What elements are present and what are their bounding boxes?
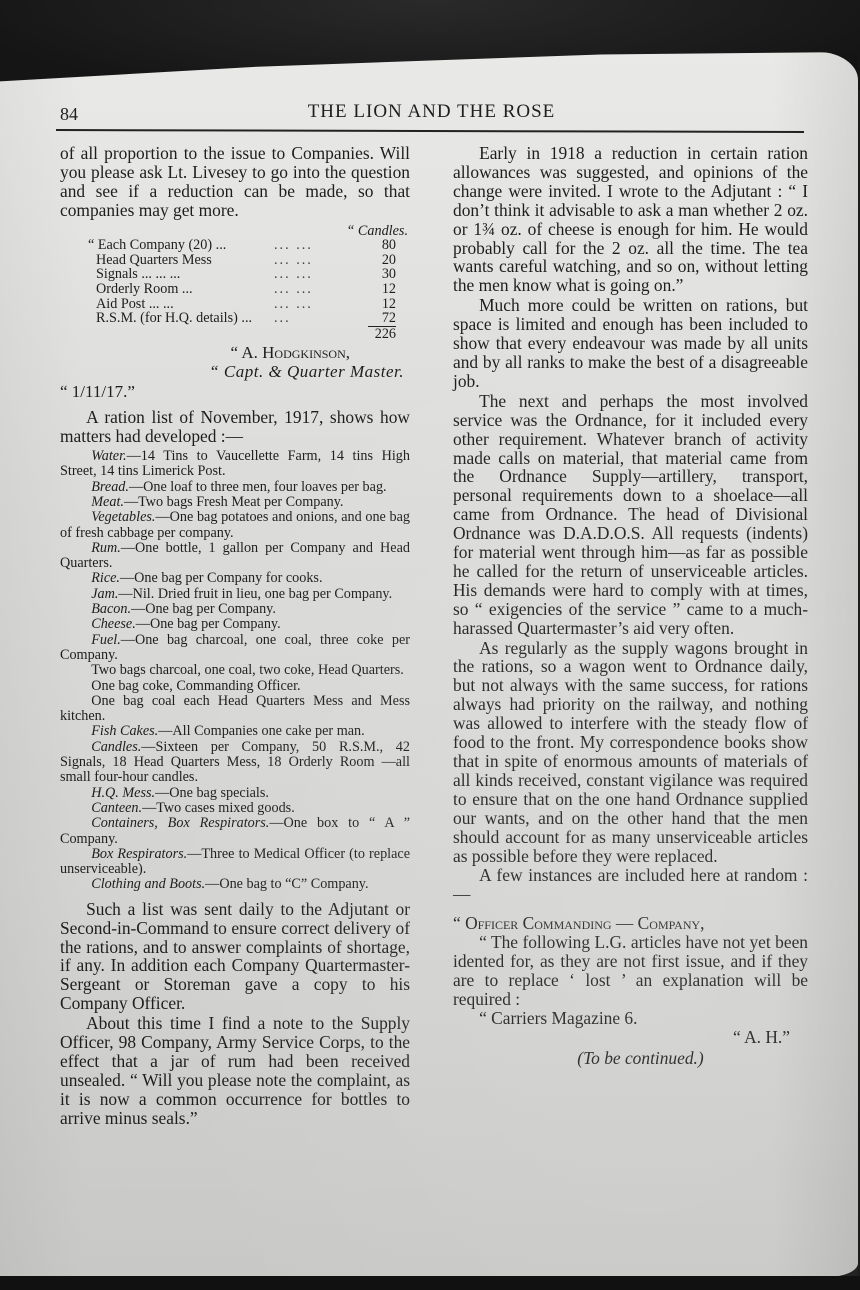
ration-list-item: Jam.—Nil. Dried fruit in lieu, one bag p…	[60, 587, 410, 602]
signature-title: “ Capt. & Quarter Master.	[60, 362, 410, 381]
opening-paragraph: of all proportion to the issue to Compan…	[60, 144, 410, 220]
ration-item-label: Fish Cakes.	[91, 723, 158, 739]
ration-item-label: H.Q. Mess.	[91, 785, 155, 801]
candles-row-value: 12	[366, 297, 410, 312]
candles-row-label: “ Each Company (20) ...	[88, 238, 274, 253]
left-column: of all proportion to the issue to Compan…	[60, 144, 410, 1128]
candles-row-leader-dots: ...	[274, 311, 366, 326]
candles-row-label: Aid Post ... ...	[96, 297, 274, 312]
ration-intro: A ration list of November, 1917, shows h…	[60, 408, 410, 446]
candles-table-row: Aid Post ... ...... ...12	[60, 297, 410, 312]
running-head: 84 THE LION AND THE ROSE	[58, 100, 805, 126]
ration-list-item: Bacon.—One bag per Company.	[60, 602, 410, 617]
ration-item-text: Two bags charcoal, one coal, two coke, H…	[91, 662, 404, 678]
candles-table: “ Candles. “ Each Company (20) ...... ..…	[60, 224, 410, 342]
ration-list-item: Two bags charcoal, one coal, two coke, H…	[60, 663, 410, 678]
ration-list-item: Candles.—Sixteen per Company, 50 R.S.M.,…	[60, 740, 410, 786]
candles-row-label: R.S.M. (for H.Q. details) ...	[96, 311, 274, 326]
candles-row-leader-dots: ... ...	[274, 297, 366, 312]
candles-row-label: Signals ... ... ...	[96, 267, 274, 282]
ration-list-item: Canteen.—Two cases mixed goods.	[60, 801, 410, 816]
candles-total: 226	[368, 326, 396, 342]
ration-item-text: —Two bags Fresh Meat per Company.	[124, 494, 344, 510]
memo-item: “ Carriers Magazine 6.	[453, 1009, 808, 1028]
ration-item-text: One bag coke, Commanding Officer.	[91, 678, 300, 694]
candles-table-header: “ Candles.	[60, 224, 410, 239]
ration-item-label: Candles.	[91, 739, 141, 755]
ration-list-item: Meat.—Two bags Fresh Meat per Company.	[60, 495, 410, 510]
candles-row-value: 20	[366, 253, 410, 268]
ration-item-text: —One bag specials.	[155, 785, 269, 801]
letter-date: “ 1/11/17.”	[60, 383, 410, 402]
ration-item-label: Clothing and Boots.	[91, 876, 205, 892]
signature-name: “ A. Hodgkinson,	[60, 343, 410, 362]
ration-item-text: —One loaf to three men, four loaves per …	[129, 479, 387, 495]
memo-heading: “ Officer Commanding — Company,	[453, 914, 808, 933]
candles-table-row: R.S.M. (for H.Q. details) ......72	[60, 311, 410, 326]
paragraph-ordnance: The next and perhaps the most involved s…	[453, 392, 808, 638]
paragraph-daily-list: Such a list was sent daily to the Adjuta…	[60, 900, 410, 1013]
ration-item-text: —One bag per Company.	[131, 601, 276, 617]
candles-table-row: “ Each Company (20) ...... ...80	[60, 238, 410, 253]
ration-list-item: One bag coal each Head Quarters Mess and…	[60, 694, 410, 725]
paragraph-rum-note: About this time I find a note to the Sup…	[60, 1014, 410, 1127]
ration-item-text: —All Companies one cake per man.	[158, 723, 364, 739]
ration-item-text: —One bag per Company for cooks.	[120, 570, 323, 586]
paragraph-1918: Early in 1918 a reduction in certain rat…	[453, 144, 808, 295]
paragraph-much-more: Much more could be written on rations, b…	[453, 296, 808, 391]
ration-item-label: Vegetables.	[91, 509, 155, 525]
ration-list-item: One bag coke, Commanding Officer.	[60, 679, 410, 694]
ration-item-label: Bacon.	[91, 601, 131, 617]
ration-item-label: Water.	[91, 448, 126, 464]
ration-item-label: Canteen.	[91, 800, 142, 816]
candles-table-row: Head Quarters Mess... ...20	[60, 253, 410, 268]
ration-list-item: Fish Cakes.—All Companies one cake per m…	[60, 724, 410, 739]
candles-row-leader-dots: ... ...	[274, 253, 366, 268]
paragraph-instances: A few instances are included here at ran…	[453, 866, 808, 904]
candles-row-leader-dots: ... ...	[274, 282, 366, 297]
ration-item-text: One bag coal each Head Quarters Mess and…	[60, 693, 410, 724]
ration-item-label: Containers, Box Respirators.	[91, 815, 269, 831]
ration-list-item: H.Q. Mess.—One bag specials.	[60, 786, 410, 801]
ration-list-item: Rice.—One bag per Company for cooks.	[60, 571, 410, 586]
memo-body: “ The following L.G. articles have not y…	[453, 933, 808, 1009]
journal-title: THE LION AND THE ROSE	[58, 101, 805, 123]
ration-item-label: Fuel.	[91, 632, 121, 648]
ration-item-label: Meat.	[91, 494, 124, 510]
ration-item-label: Bread.	[91, 479, 129, 495]
ration-item-label: Rice.	[91, 570, 120, 586]
memo-signature: “ A. H.”	[453, 1028, 808, 1047]
ration-item-label: Box Respirators.	[91, 846, 187, 862]
ration-list-item: Cheese.—One bag per Company.	[60, 617, 410, 632]
right-column: Early in 1918 a reduction in certain rat…	[453, 144, 808, 1068]
header-rule	[56, 129, 804, 133]
background-dark-bottom	[0, 1276, 860, 1290]
candles-row-value: 12	[366, 282, 410, 297]
candles-table-rows: “ Each Company (20) ...... ...80Head Qua…	[60, 238, 410, 326]
candles-table-row: Signals ... ... ...... ...30	[60, 267, 410, 282]
ration-list-item: Vegetables.—One bag potatoes and onions,…	[60, 510, 410, 541]
candles-row-value: 30	[366, 267, 410, 282]
ration-list-item: Water.—14 Tins to Vaucellette Farm, 14 t…	[60, 449, 410, 480]
ration-list-item: Bread.—One loaf to three men, four loave…	[60, 480, 410, 495]
ration-item-text: —One bag to “C” Company.	[205, 876, 368, 892]
to-be-continued: (To be continued.)	[453, 1049, 808, 1068]
candles-row-leader-dots: ... ...	[274, 238, 366, 253]
paragraph-wagons: As regularly as the supply wagons brough…	[453, 639, 808, 866]
candles-row-label: Head Quarters Mess	[96, 253, 274, 268]
ration-item-text: —Nil. Dried fruit in lieu, one bag per C…	[118, 586, 392, 602]
candles-total-row: 226	[60, 326, 410, 342]
ration-list-item: Fuel.—One bag charcoal, one coal, three …	[60, 633, 410, 664]
candles-row-value: 72	[366, 311, 410, 326]
ration-item-label: Rum.	[91, 540, 121, 556]
ration-item-label: Cheese.	[91, 616, 136, 632]
ration-list-item: Rum.—One bottle, 1 gallon per Company an…	[60, 541, 410, 572]
candles-row-value: 80	[366, 238, 410, 253]
candles-table-row: Orderly Room ...... ...12	[60, 282, 410, 297]
ration-list: Water.—14 Tins to Vaucellette Farm, 14 t…	[60, 449, 410, 893]
candles-row-label: Orderly Room ...	[96, 282, 274, 297]
ration-item-label: Jam.	[91, 586, 118, 602]
ration-item-text: —Two cases mixed goods.	[142, 800, 295, 816]
ration-item-text: —One bag per Company.	[136, 616, 281, 632]
candles-row-leader-dots: ... ...	[274, 267, 366, 282]
ration-list-item: Containers, Box Respirators.—One box to …	[60, 816, 410, 847]
ration-list-item: Clothing and Boots.—One bag to “C” Compa…	[60, 877, 410, 892]
ration-list-item: Box Respirators.—Three to Medical Office…	[60, 847, 410, 878]
book-page: 84 THE LION AND THE ROSE of all proporti…	[0, 52, 858, 1277]
